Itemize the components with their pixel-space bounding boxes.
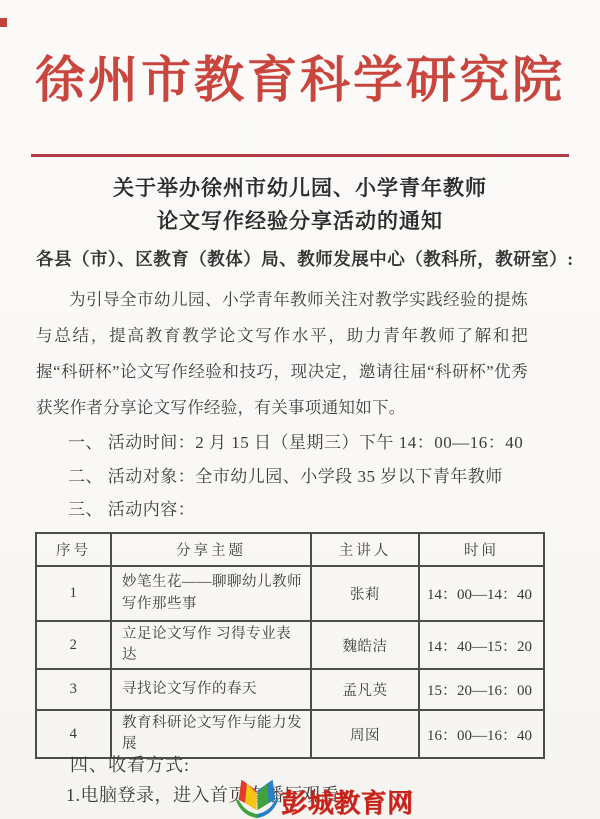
schedule-table: 序号 分享主题 主讲人 时间 1 妙笔生花——聊聊幼儿教师写作那些事 张莉 14… [35,532,545,759]
document-title-line2: 论文写作经验分享活动的通知 [0,205,600,238]
open-book-icon [234,775,280,819]
letterhead-title: 徐州市教育科学研究院 [0,40,600,112]
intro-paragraph: 为引导全市幼儿园、小学青年教师关注对教学实践经验的提炼与总结，提高教育教学论文写… [36,282,528,426]
header-cell-no: 序号 [36,533,111,566]
cell-speaker: 张莉 [311,566,419,621]
letterhead-divider-line [31,154,569,157]
header-cell-speaker: 主讲人 [311,533,419,566]
watermark-site-name: 彭城教育网 [281,783,414,819]
cell-no: 2 [36,621,111,669]
cell-speaker: 周囡 [311,710,419,758]
cell-speaker: 孟凡英 [311,669,419,710]
document-title: 关于举办徐州市幼儿园、小学青年教师 论文写作经验分享活动的通知 [0,172,600,238]
item-activity-content: 三、 活动内容： [68,493,570,527]
cell-topic: 寻找论文写作的春天 [111,669,311,710]
table-header-row: 序号 分享主题 主讲人 时间 [36,533,544,566]
site-watermark: 彭城教育网 [234,774,564,819]
cell-time: 14：00—14：40 [419,566,544,621]
cell-topic: 立足论文写作 习得专业表达 [111,621,311,669]
header-cell-topic: 分享主题 [111,533,311,566]
cell-no: 3 [36,669,111,710]
section-viewing-method: 四、收看方式: [70,751,190,777]
cell-time: 14：40—15：20 [419,621,544,669]
table-row: 3 寻找论文写作的春天 孟凡英 15：20—16：00 [36,669,544,710]
cell-topic: 妙笔生花——聊聊幼儿教师写作那些事 [111,566,311,621]
cell-time: 15：20—16：00 [419,669,544,710]
cell-time: 16：00—16：40 [419,710,544,758]
scan-artifact-speck [0,18,7,27]
cell-no: 1 [36,566,111,621]
cell-speaker: 魏皓洁 [311,621,419,669]
item-activity-time: 一、 活动时间：2 月 15 日（星期三）下午 14：00—16：40 [68,426,570,460]
scanned-notice-page: 徐州市教育科学研究院 关于举办徐州市幼儿园、小学青年教师 论文写作经验分享活动的… [0,0,600,819]
table-row: 2 立足论文写作 习得专业表达 魏皓洁 14：40—15：20 [36,621,544,669]
table-row: 1 妙笔生花——聊聊幼儿教师写作那些事 张莉 14：00—14：40 [36,566,544,621]
item-activity-target: 二、 活动对象：全市幼儿园、小学段 35 岁以下青年教师 [68,460,570,494]
numbered-items: 一、 活动时间：2 月 15 日（星期三）下午 14：00—16：40 二、 活… [68,426,570,527]
header-cell-time: 时间 [419,533,544,566]
addressee-line: 各县（市）、区教育（教体）局、教师发展中心（教科所，教研室）: [36,246,570,271]
document-title-line1: 关于举办徐州市幼儿园、小学青年教师 [0,172,600,205]
